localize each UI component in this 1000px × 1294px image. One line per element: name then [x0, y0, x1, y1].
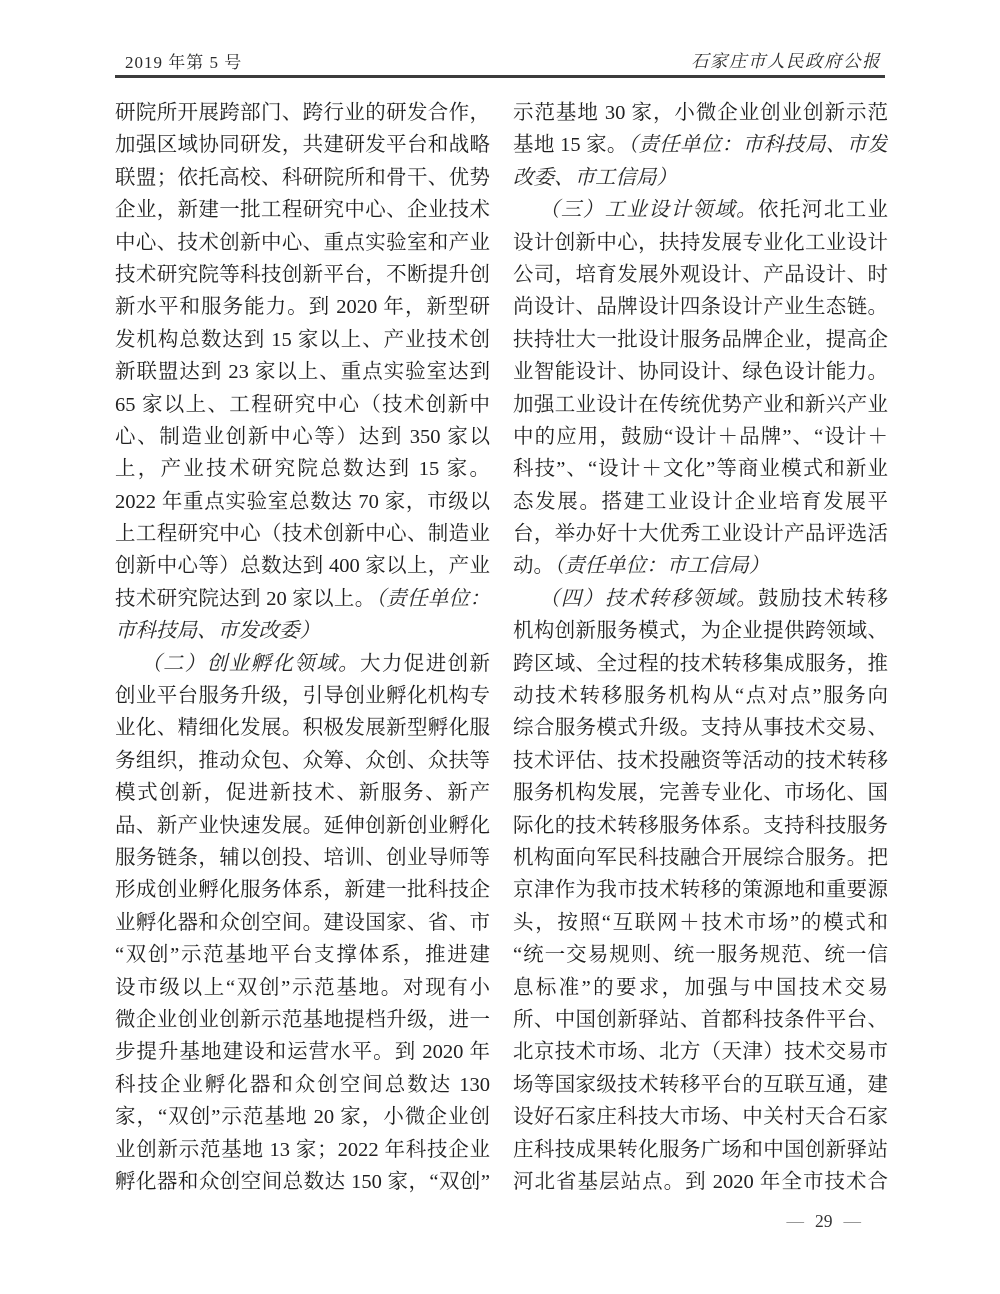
- text-line: 加强区域协同研发，共建研发平台和战略: [115, 129, 490, 161]
- text-segment: 机构面向军民科技融合开展综合服务。把: [513, 847, 888, 869]
- text-line: 心、制造业创新中心等）达到 350 家以: [115, 421, 490, 453]
- text-line: 庄科技成果转化服务广场和中国创新驿站: [513, 1134, 888, 1166]
- text-line: 步提升基地建设和运营水平。到 2020 年: [115, 1036, 490, 1068]
- text-line: 改委、市工信局）: [513, 162, 888, 194]
- text-segment: 中心、技术创新中心、重点实验室和产业: [115, 232, 490, 254]
- text-line: 上，产业技术研究院总数达到 15 家。: [115, 453, 490, 485]
- text-segment: 65 家以上、工程研究中心（技术创新中: [115, 394, 490, 416]
- text-segment: 孵化器和众创空间总数达 150 家，“双创”: [115, 1171, 490, 1193]
- text-line: 北京技术市场、北方（天津）技术交易市: [513, 1036, 888, 1068]
- text-line: 场等国家级技术转移平台的互联互通，建: [513, 1069, 888, 1101]
- text-segment: 技术研究院等科技创新平台，不断提升创: [115, 264, 490, 286]
- text-line: 跨区域、全过程的技术转移集成服务，推: [513, 648, 888, 680]
- text-segment: 加强工业设计在传统优势产业和新兴产业: [513, 394, 888, 416]
- text-line: 孵化器和众创空间总数达 150 家，“双创”: [115, 1166, 490, 1198]
- text-line: 联盟；依托高校、科研院所和骨干、优势: [115, 162, 490, 194]
- text-line: 中的应用，鼓励“设计＋品牌”、“设计＋: [513, 421, 888, 453]
- text-line: 上工程研究中心（技术创新中心、制造业: [115, 518, 490, 550]
- text-segment: 模式创新，促进新技术、新服务、新产: [115, 782, 490, 804]
- page-header: 2019 年第 5 号 石家庄市人民政府公报: [115, 48, 887, 74]
- text-line: 设好石家庄科技大市场、中关村天合石家: [513, 1101, 888, 1133]
- text-line: 加强工业设计在传统优势产业和新兴产业: [513, 389, 888, 421]
- text-segment: 加强区域协同研发，共建研发平台和战略: [115, 134, 490, 156]
- page-number-dash-right: —: [844, 1211, 862, 1231]
- text-line: 研院所开展跨部门、跨行业的研发合作，: [115, 97, 490, 129]
- text-line: 品、新产业快速发展。延伸创新创业孵化: [115, 810, 490, 842]
- text-segment: 技术研究院达到 20 家以上。: [115, 588, 376, 610]
- text-segment: 河北省基层站点。到 2020 年全市技术合: [513, 1171, 888, 1193]
- text-segment: 所、中国创新驿站、首都科技条件平台、: [513, 1009, 888, 1031]
- text-line: 服务链条，辅以创投、培训、创业导师等: [115, 842, 490, 874]
- text-segment: 业智能设计、协同设计、绿色设计能力。: [513, 361, 888, 383]
- text-segment: “双创”示范基地平台支撑体系，推进建: [115, 944, 490, 966]
- text-line: 形成创业孵化服务体系，新建一批科技企: [115, 874, 490, 906]
- text-segment: 步提升基地建设和运营水平。到 2020 年: [115, 1041, 490, 1063]
- text-segment: 基地 15 家。: [513, 134, 628, 156]
- text-line: 中心、技术创新中心、重点实验室和产业: [115, 227, 490, 259]
- text-line: 微企业创业创新示范基地提档升级，进一: [115, 1004, 490, 1036]
- text-segment: 动。: [513, 555, 554, 577]
- text-line: 65 家以上、工程研究中心（技术创新中: [115, 389, 490, 421]
- text-line: 扶持壮大一批设计服务品牌企业，提高企: [513, 324, 888, 356]
- text-segment: 2022 年重点实验室总数达 70 家，市级以: [115, 491, 490, 513]
- text-segment: 心、制造业创新中心等）达到 350 家以: [115, 426, 490, 448]
- text-line: 京津作为我市技术转移的策源地和重要源: [513, 874, 888, 906]
- text-segment: 庄科技成果转化服务广场和中国创新驿站: [513, 1139, 888, 1161]
- text-segment: 场等国家级技术转移平台的互联互通，建: [513, 1074, 888, 1096]
- text-segment: 头，按照“互联网＋技术市场”的模式和: [513, 912, 888, 934]
- text-segment: 新水平和服务能力。到 2020 年，新型研: [115, 296, 490, 318]
- text-segment: 业孵化器和众创空间。建设国家、省、市: [115, 912, 490, 934]
- text-line: 头，按照“互联网＋技术市场”的模式和: [513, 907, 888, 939]
- gazette-title: 石家庄市人民政府公报: [691, 48, 881, 73]
- text-line: 设计创新中心，扶持发展专业化工业设计: [513, 227, 888, 259]
- text-segment: 研院所开展跨部门、跨行业的研发合作，: [115, 102, 490, 124]
- text-line: 综合服务模式升级。支持从事技术交易、: [513, 712, 888, 744]
- text-segment: 务组织，推动众包、众筹、众创、众扶等: [115, 750, 490, 772]
- text-line: 示范基地 30 家，小微企业创业创新示范: [513, 97, 888, 129]
- issue-number-label: 2019 年第 5 号: [125, 48, 242, 73]
- text-segment: 业化、精细化发展。积极发展新型孵化服: [115, 717, 490, 739]
- text-line: 技术评估、技术投融资等活动的技术转移: [513, 745, 888, 777]
- text-line: 际化的技术转移服务体系。支持科技服务: [513, 810, 888, 842]
- text-segment: 尚设计、品牌设计四条设计产业生态链。: [513, 296, 888, 318]
- text-line: 尚设计、品牌设计四条设计产业生态链。: [513, 291, 888, 323]
- text-segment: 中的应用，鼓励“设计＋品牌”、“设计＋: [513, 426, 888, 448]
- text-segment: 动技术转移服务机构从“点对点”服务向: [513, 685, 888, 707]
- text-segment: 息标准”的要求，加强与中国技术交易: [513, 977, 888, 999]
- left-column: 研院所开展跨部门、跨行业的研发合作，加强区域协同研发，共建研发平台和战略联盟；依…: [115, 97, 490, 1198]
- text-line: 台，举办好十大优秀工业设计产品评选活: [513, 518, 888, 550]
- text-segment: 台，举办好十大优秀工业设计产品评选活: [513, 523, 888, 545]
- text-segment: 服务机构发展，完善专业化、市场化、国: [513, 782, 888, 804]
- text-segment: 依托河北工业: [758, 199, 888, 221]
- text-segment: 品、新产业快速发展。延伸创新创业孵化: [115, 815, 490, 837]
- text-line: 发机构总数达到 15 家以上、产业技术创: [115, 324, 490, 356]
- text-line: 模式创新，促进新技术、新服务、新产: [115, 777, 490, 809]
- text-line: 新联盟达到 23 家以上、重点实验室达到: [115, 356, 490, 388]
- text-segment: 家，“双创”示范基地 20 家，小微企业创: [115, 1106, 490, 1128]
- text-line: 基地 15 家。（责任单位：市科技局、市发: [513, 129, 888, 161]
- text-line: 创新中心等）总数达到 400 家以上，产业: [115, 550, 490, 582]
- text-line: 家，“双创”示范基地 20 家，小微企业创: [115, 1101, 490, 1133]
- text-line: 技术研究院达到 20 家以上。（责任单位：: [115, 583, 490, 615]
- text-line: 设市级以上“双创”示范基地。对现有小: [115, 972, 490, 1004]
- text-line: 新水平和服务能力。到 2020 年，新型研: [115, 291, 490, 323]
- text-line: 机构创新服务模式，为企业提供跨领域、: [513, 615, 888, 647]
- text-segment: 公司，培育发展外观设计、产品设计、时: [513, 264, 888, 286]
- text-segment: 际化的技术转移服务体系。支持科技服务: [513, 815, 888, 837]
- text-segment: 态发展。搭建工业设计企业培育发展平: [513, 491, 888, 513]
- text-line: 态发展。搭建工业设计企业培育发展平: [513, 486, 888, 518]
- text-segment: 科技企业孵化器和众创空间总数达 130: [115, 1074, 490, 1096]
- text-line: 务组织，推动众包、众筹、众创、众扶等: [115, 745, 490, 777]
- right-column: 示范基地 30 家，小微企业创业创新示范基地 15 家。（责任单位：市科技局、市…: [513, 97, 888, 1198]
- kai-text-segment: （责任单位：市工信局）: [554, 555, 769, 577]
- text-line: 业创新示范基地 13 家；2022 年科技企业: [115, 1134, 490, 1166]
- text-segment: 扶持壮大一批设计服务品牌企业，提高企: [513, 329, 888, 351]
- text-line: “统一交易规则、统一服务规范、统一信: [513, 939, 888, 971]
- text-line: 公司，培育发展外观设计、产品设计、时: [513, 259, 888, 291]
- text-segment: 机构创新服务模式，为企业提供跨领域、: [513, 620, 888, 642]
- text-line: 业孵化器和众创空间。建设国家、省、市: [115, 907, 490, 939]
- text-line: 企业，新建一批工程研究中心、企业技术: [115, 194, 490, 226]
- text-segment: 发机构总数达到 15 家以上、产业技术创: [115, 329, 490, 351]
- text-segment: 设好石家庄科技大市场、中关村天合石家: [513, 1106, 888, 1128]
- text-line: 河北省基层站点。到 2020 年全市技术合: [513, 1166, 888, 1198]
- text-line: 业智能设计、协同设计、绿色设计能力。: [513, 356, 888, 388]
- text-line: 2022 年重点实验室总数达 70 家，市级以: [115, 486, 490, 518]
- text-segment: 企业，新建一批工程研究中心、企业技术: [115, 199, 490, 221]
- text-segment: 大力促进创新: [360, 653, 490, 675]
- text-line: （二）创业孵化领域。大力促进创新: [115, 648, 490, 680]
- text-line: 市科技局、市发改委）: [115, 615, 490, 647]
- page-footer: —29—: [776, 1208, 873, 1234]
- text-line: （四）技术转移领域。鼓励技术转移: [513, 583, 888, 615]
- text-segment: 综合服务模式升级。支持从事技术交易、: [513, 717, 888, 739]
- text-line: （三）工业设计领域。依托河北工业: [513, 194, 888, 226]
- text-segment: 示范基地 30 家，小微企业创业创新示范: [513, 102, 888, 124]
- kai-text-segment: （四）技术转移领域。: [539, 588, 758, 610]
- kai-text-segment: 市科技局、市发改委）: [115, 620, 320, 642]
- kai-text-segment: （责任单位：市科技局、市发: [628, 134, 888, 156]
- text-segment: 服务链条，辅以创投、培训、创业导师等: [115, 847, 490, 869]
- text-segment: 业创新示范基地 13 家；2022 年科技企业: [115, 1139, 490, 1161]
- text-segment: 创业平台服务升级，引导创业孵化机构专: [115, 685, 490, 707]
- text-segment: 跨区域、全过程的技术转移集成服务，推: [513, 653, 888, 675]
- kai-text-segment: （责任单位：: [376, 588, 490, 610]
- kai-text-segment: （二）创业孵化领域。: [141, 653, 360, 675]
- text-line: 所、中国创新驿站、首都科技条件平台、: [513, 1004, 888, 1036]
- gazette-page: 2019 年第 5 号 石家庄市人民政府公报 研院所开展跨部门、跨行业的研发合作…: [0, 0, 1000, 1294]
- text-segment: 京津作为我市技术转移的策源地和重要源: [513, 879, 888, 901]
- text-segment: 设计创新中心，扶持发展专业化工业设计: [513, 232, 888, 254]
- text-line: 科技”、“设计＋文化”等商业模式和新业: [513, 453, 888, 485]
- text-segment: 创新中心等）总数达到 400 家以上，产业: [115, 555, 490, 577]
- text-line: 技术研究院等科技创新平台，不断提升创: [115, 259, 490, 291]
- text-line: “双创”示范基地平台支撑体系，推进建: [115, 939, 490, 971]
- text-line: 科技企业孵化器和众创空间总数达 130: [115, 1069, 490, 1101]
- text-segment: 联盟；依托高校、科研院所和骨干、优势: [115, 167, 490, 189]
- page-number-dash-left: —: [787, 1211, 805, 1231]
- text-segment: 设市级以上“双创”示范基地。对现有小: [115, 977, 490, 999]
- text-segment: 技术评估、技术投融资等活动的技术转移: [513, 750, 888, 772]
- text-segment: 鼓励技术转移: [758, 588, 888, 610]
- kai-text-segment: 改委、市工信局）: [513, 167, 677, 189]
- text-segment: 上，产业技术研究院总数达到 15 家。: [115, 458, 490, 480]
- text-line: 息标准”的要求，加强与中国技术交易: [513, 972, 888, 1004]
- text-line: 服务机构发展，完善专业化、市场化、国: [513, 777, 888, 809]
- text-line: 动技术转移服务机构从“点对点”服务向: [513, 680, 888, 712]
- text-segment: 北京技术市场、北方（天津）技术交易市: [513, 1041, 888, 1063]
- kai-text-segment: （三）工业设计领域。: [539, 199, 758, 221]
- text-line: 动。（责任单位：市工信局）: [513, 550, 888, 582]
- text-segment: 上工程研究中心（技术创新中心、制造业: [115, 523, 490, 545]
- text-line: 机构面向军民科技融合开展综合服务。把: [513, 842, 888, 874]
- text-line: 业化、精细化发展。积极发展新型孵化服: [115, 712, 490, 744]
- document-body: 研院所开展跨部门、跨行业的研发合作，加强区域协同研发，共建研发平台和战略联盟；依…: [115, 97, 888, 1202]
- text-segment: 微企业创业创新示范基地提档升级，进一: [115, 1009, 490, 1031]
- text-segment: 形成创业孵化服务体系，新建一批科技企: [115, 879, 490, 901]
- page-number: 29: [815, 1211, 833, 1231]
- text-line: 创业平台服务升级，引导创业孵化机构专: [115, 680, 490, 712]
- text-segment: 新联盟达到 23 家以上、重点实验室达到: [115, 361, 490, 383]
- header-rule: [115, 75, 885, 78]
- text-segment: “统一交易规则、统一服务规范、统一信: [513, 944, 888, 966]
- text-segment: 科技”、“设计＋文化”等商业模式和新业: [513, 458, 888, 480]
